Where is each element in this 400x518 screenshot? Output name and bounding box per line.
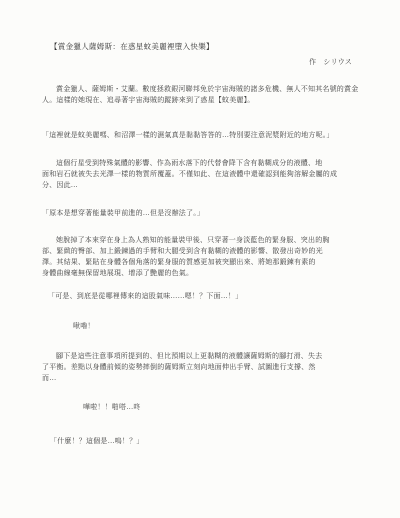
paragraph-line: 而… — [42, 373, 358, 384]
paragraph-line: 賞金獵人、薩姆斯・艾蘭。數度拯救銀河聯邦免於宇宙海賊的諸多危機、無人不知其名號的… — [42, 84, 358, 95]
sound-effect-line: 嘩啦！！啪嗒…咚 — [42, 402, 358, 413]
paragraph-line: 這個行星受到特殊氣體的影響、作為雨水落下的代替會降下含有黏糊成分的液體、地 — [42, 158, 358, 169]
paragraph-line: 面和岩石就被失去光澤一樣的物質所覆蓋。不僅如此、在這液體中還確認到能夠溶解金屬的… — [42, 169, 358, 180]
paragraph-line: 部、緊緻的臀部、加上鍛鍊過的手臂和大腿受到含有黏糊的液體的影響、散發出奇妙的光 — [42, 246, 358, 257]
paragraph-suit: 她脫掉了本來穿在身上為人熟知的能量裝甲後、只穿著一身淡藍色的緊身服、突出的胸 部… — [42, 235, 358, 279]
paragraph-line: 澤。其結果、緊貼在身體各個角落的緊身服的質感更加被突顯出來、將她那鍛鍊有素的 — [42, 257, 358, 268]
paragraph-line: 她脫掉了本來穿在身上為人熟知的能量裝甲後、只穿著一身淡藍色的緊身服、突出的胸 — [42, 235, 358, 246]
paragraph-slip: 腳下是這些注意事項所提到的、但比預期以上更黏糊的液體讓薩姆斯的腳打滑、失去 了平… — [42, 351, 358, 384]
sound-effect-line: 啾嚕！ — [42, 321, 358, 332]
paragraph-line: 了平衡。差點以身體前傾的姿勢摔倒的薩姆斯立刻向地面伸出手臂、試圖進行支撐、然 — [42, 362, 358, 373]
author-line: 作 シリウス — [42, 57, 358, 68]
paragraph-line: 人。這樣的她現在、追尋著宇宙海賊的蹤跡來到了惑星【蚊美麗】。 — [42, 95, 358, 106]
paragraph-intro: 賞金獵人、薩姆斯・艾蘭。數度拯救銀河聯邦免於宇宙海賊的諸多危機、無人不知其名號的… — [42, 84, 358, 106]
novel-page: 【賞金獵人薩姆斯：在惑星蚊美麗裡墮入快樂】 作 シリウス 賞金獵人、薩姆斯・艾蘭… — [0, 0, 400, 518]
dialogue-line: 「原本是想穿著能量裝甲前進的…但是沒辦法了。」 — [42, 208, 358, 219]
dialogue-line: 「這裡就是蚊美麗嗎、和沼澤一樣的濕氣真是黏黏答答的…特別要注意泥漿附近的地方呢。… — [42, 130, 358, 141]
paragraph-line: 腳下是這些注意事項所提到的、但比預期以上更黏糊的液體讓薩姆斯的腳打滑、失去 — [42, 351, 358, 362]
page-title: 【賞金獵人薩姆斯：在惑星蚊美麗裡墮入快樂】 — [50, 41, 358, 52]
paragraph-line: 身體曲線毫無保留地展現、增添了艷麗的色氣。 — [42, 268, 358, 279]
paragraph-line: 分、因此… — [42, 180, 358, 191]
paragraph-planet: 這個行星受到特殊氣體的影響、作為雨水落下的代替會降下含有黏糊成分的液體、地 面和… — [42, 158, 358, 191]
dialogue-line: 「可是、到底是從哪裡傳來的這股氣味……嗯！？下面…！」 — [42, 291, 358, 302]
dialogue-line: 「什麼！？這個是…嗚！？」 — [42, 436, 358, 447]
